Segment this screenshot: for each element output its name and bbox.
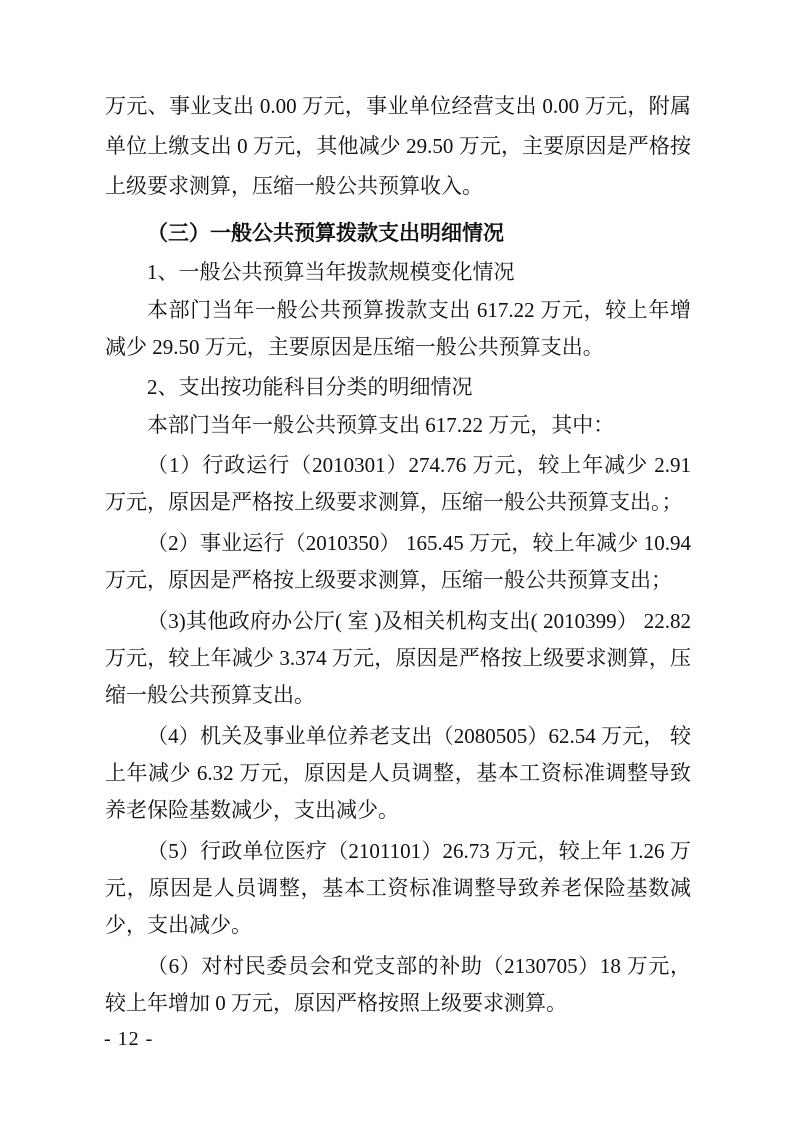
- section-heading-expenditure-detail: （三）一般公共预算拨款支出明细情况: [105, 215, 691, 252]
- subsection-1-heading: 1、一般公共预算当年拨款规模变化情况: [105, 254, 691, 291]
- subsection-2-heading: 2、支出按功能科目分类的明细情况: [105, 369, 691, 406]
- detail-item-1-administrative-operation: （1）行政运行（2010301）274.76 万元，较上年减少 2.91 万元，…: [105, 447, 691, 521]
- document-page: 万元、事业支出 0.00 万元，事业单位经营支出 0.00 万元，附属单位上缴支…: [0, 0, 793, 1122]
- detail-item-6-village-committee-subsidy: （6）对村民委员会和党支部的补助（2130705）18 万元，较上年增加 0 万…: [105, 948, 691, 1022]
- page-number: - 12 -: [104, 1026, 153, 1052]
- subsection-1-body: 本部门当年一般公共预算拨款支出 617.22 万元，较上年增减少 29.50 万…: [105, 292, 691, 366]
- document-body: 万元、事业支出 0.00 万元，事业单位经营支出 0.00 万元，附属单位上缴支…: [105, 86, 691, 1026]
- detail-item-4-pension-expenditure: （4）机关及事业单位养老支出（2080505）62.54 万元， 较上年减少 6…: [105, 718, 691, 829]
- paragraph-budget-revenue-carryover: 万元、事业支出 0.00 万元，事业单位经营支出 0.00 万元，附属单位上缴支…: [105, 86, 691, 206]
- subsection-2-intro: 本部门当年一般公共预算支出 617.22 万元，其中：: [105, 407, 691, 444]
- detail-item-2-institution-operation: （2）事业运行（2010350） 165.45 万元，较上年减少 10.94 万…: [105, 525, 691, 599]
- detail-item-3-other-government-offices: （3)其他政府办公厅( 室 )及相关机构支出( 2010399） 22.82 万…: [105, 603, 691, 714]
- detail-item-5-medical-expenditure: （5）行政单位医疗（2101101）26.73 万元，较上年 1.26 万元，原…: [105, 833, 691, 944]
